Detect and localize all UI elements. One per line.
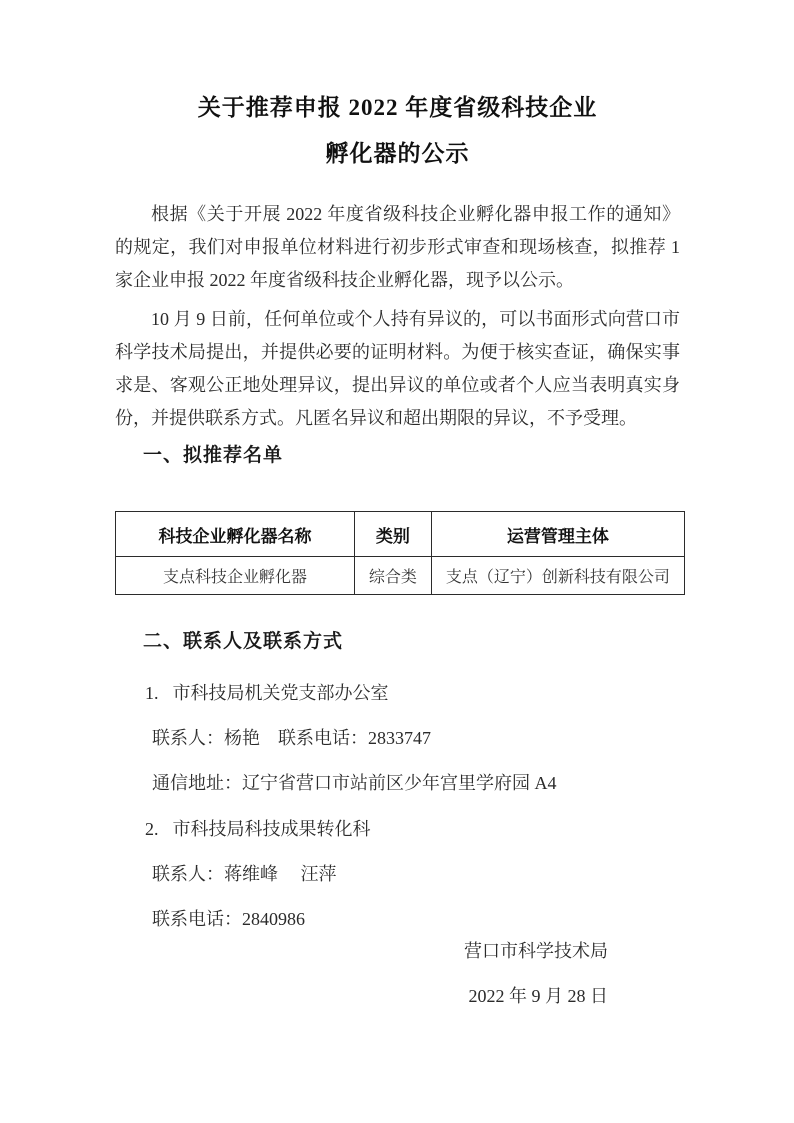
section-heading-contacts: 二、联系人及联系方式 [115,627,680,657]
contact-item-1-address: 通信地址：辽宁省营口市站前区少年宫里学府园 A4 [115,768,680,798]
table-header-incubator-name: 科技企业孵化器名称 [116,512,355,557]
contact-item-2-title: 2.市科技局科技成果转化科 [115,814,680,844]
document-page: 关于推荐申报 2022 年度省级科技企业 孵化器的公示 根据《关于开展 2022… [0,0,794,1123]
contact-item-1-person-phone: 联系人：杨艳 联系电话：2833747 [115,723,680,753]
table-cell-operator: 支点（辽宁）创新科技有限公司 [431,557,684,595]
table-header-row: 科技企业孵化器名称 类别 运营管理主体 [116,512,685,557]
document-title-line2: 孵化器的公示 [115,131,680,177]
recommended-incubator-table: 科技企业孵化器名称 类别 运营管理主体 支点科技企业孵化器 综合类 支点（辽宁）… [115,511,685,595]
contact-item-2-department: 市科技局科技成果转化科 [173,819,371,839]
table-cell-category: 综合类 [354,557,431,595]
contact-item-1-number: 1. [145,683,159,703]
section-heading-recommended-list: 一、拟推荐名单 [115,441,680,471]
table-cell-incubator-name: 支点科技企业孵化器 [116,557,355,595]
signature-block: 营口市科学技术局 2022 年 9 月 28 日 [115,936,680,1011]
contact-item-2-person: 联系人：蒋维峰 汪萍 [115,859,680,889]
table-row: 支点科技企业孵化器 综合类 支点（辽宁）创新科技有限公司 [116,557,685,595]
contact-item-1-title: 1.市科技局机关党支部办公室 [115,678,680,708]
contact-item-1-department: 市科技局机关党支部办公室 [173,683,389,703]
table-header-operator: 运营管理主体 [431,512,684,557]
issuing-authority: 营口市科学技术局 [115,936,608,966]
document-title: 关于推荐申报 2022 年度省级科技企业 孵化器的公示 [115,85,680,177]
document-title-line1: 关于推荐申报 2022 年度省级科技企业 [115,85,680,131]
contact-item-2-number: 2. [145,819,159,839]
paragraph-objection-procedure: 10 月 9 日前，任何单位或个人持有异议的，可以书面形式向营口市科学技术局提出… [115,303,680,435]
contact-item-2-phone: 联系电话：2840986 [115,904,680,934]
table-header-category: 类别 [354,512,431,557]
issue-date: 2022 年 9 月 28 日 [115,981,608,1011]
paragraph-basis: 根据《关于开展 2022 年度省级科技企业孵化器申报工作的通知》的规定，我们对申… [115,198,680,297]
